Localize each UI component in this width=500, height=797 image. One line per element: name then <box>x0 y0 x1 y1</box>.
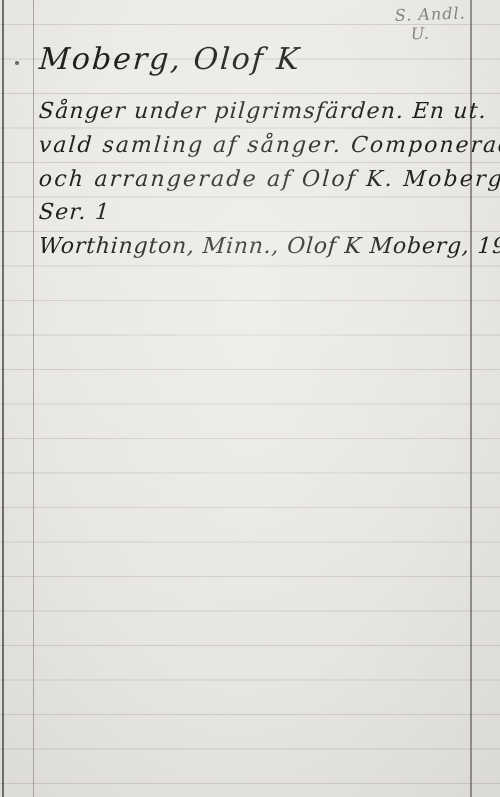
heading-dot-mark <box>15 61 19 65</box>
classmark-pencil-note: S. Andl. U. <box>373 3 466 44</box>
title-line-2: vald samling af sånger. Componerade <box>38 133 500 158</box>
series-line: Ser. 1 <box>38 200 111 225</box>
left-edge-line <box>2 0 4 797</box>
catalog-card: S. Andl. U. Moberg, Olof K Sånger under … <box>0 0 500 797</box>
classmark-line-2: U. <box>374 22 467 44</box>
classmark-line-1: S. Andl. <box>373 3 466 25</box>
author-heading: Moberg, Olof K <box>38 42 302 77</box>
imprint-line: Worthington, Minn., Olof K Moberg, 1905 … <box>38 234 472 259</box>
imprint-place-publisher-year: Worthington, Minn., Olof K Moberg, 1905 <box>38 234 500 259</box>
title-line-3: och arrangerade af Olof K. Moberg. <box>38 167 500 192</box>
margin-rule-line <box>33 0 34 797</box>
title-line-1: Sånger under pilgrimsfärden. En ut. <box>38 99 488 124</box>
